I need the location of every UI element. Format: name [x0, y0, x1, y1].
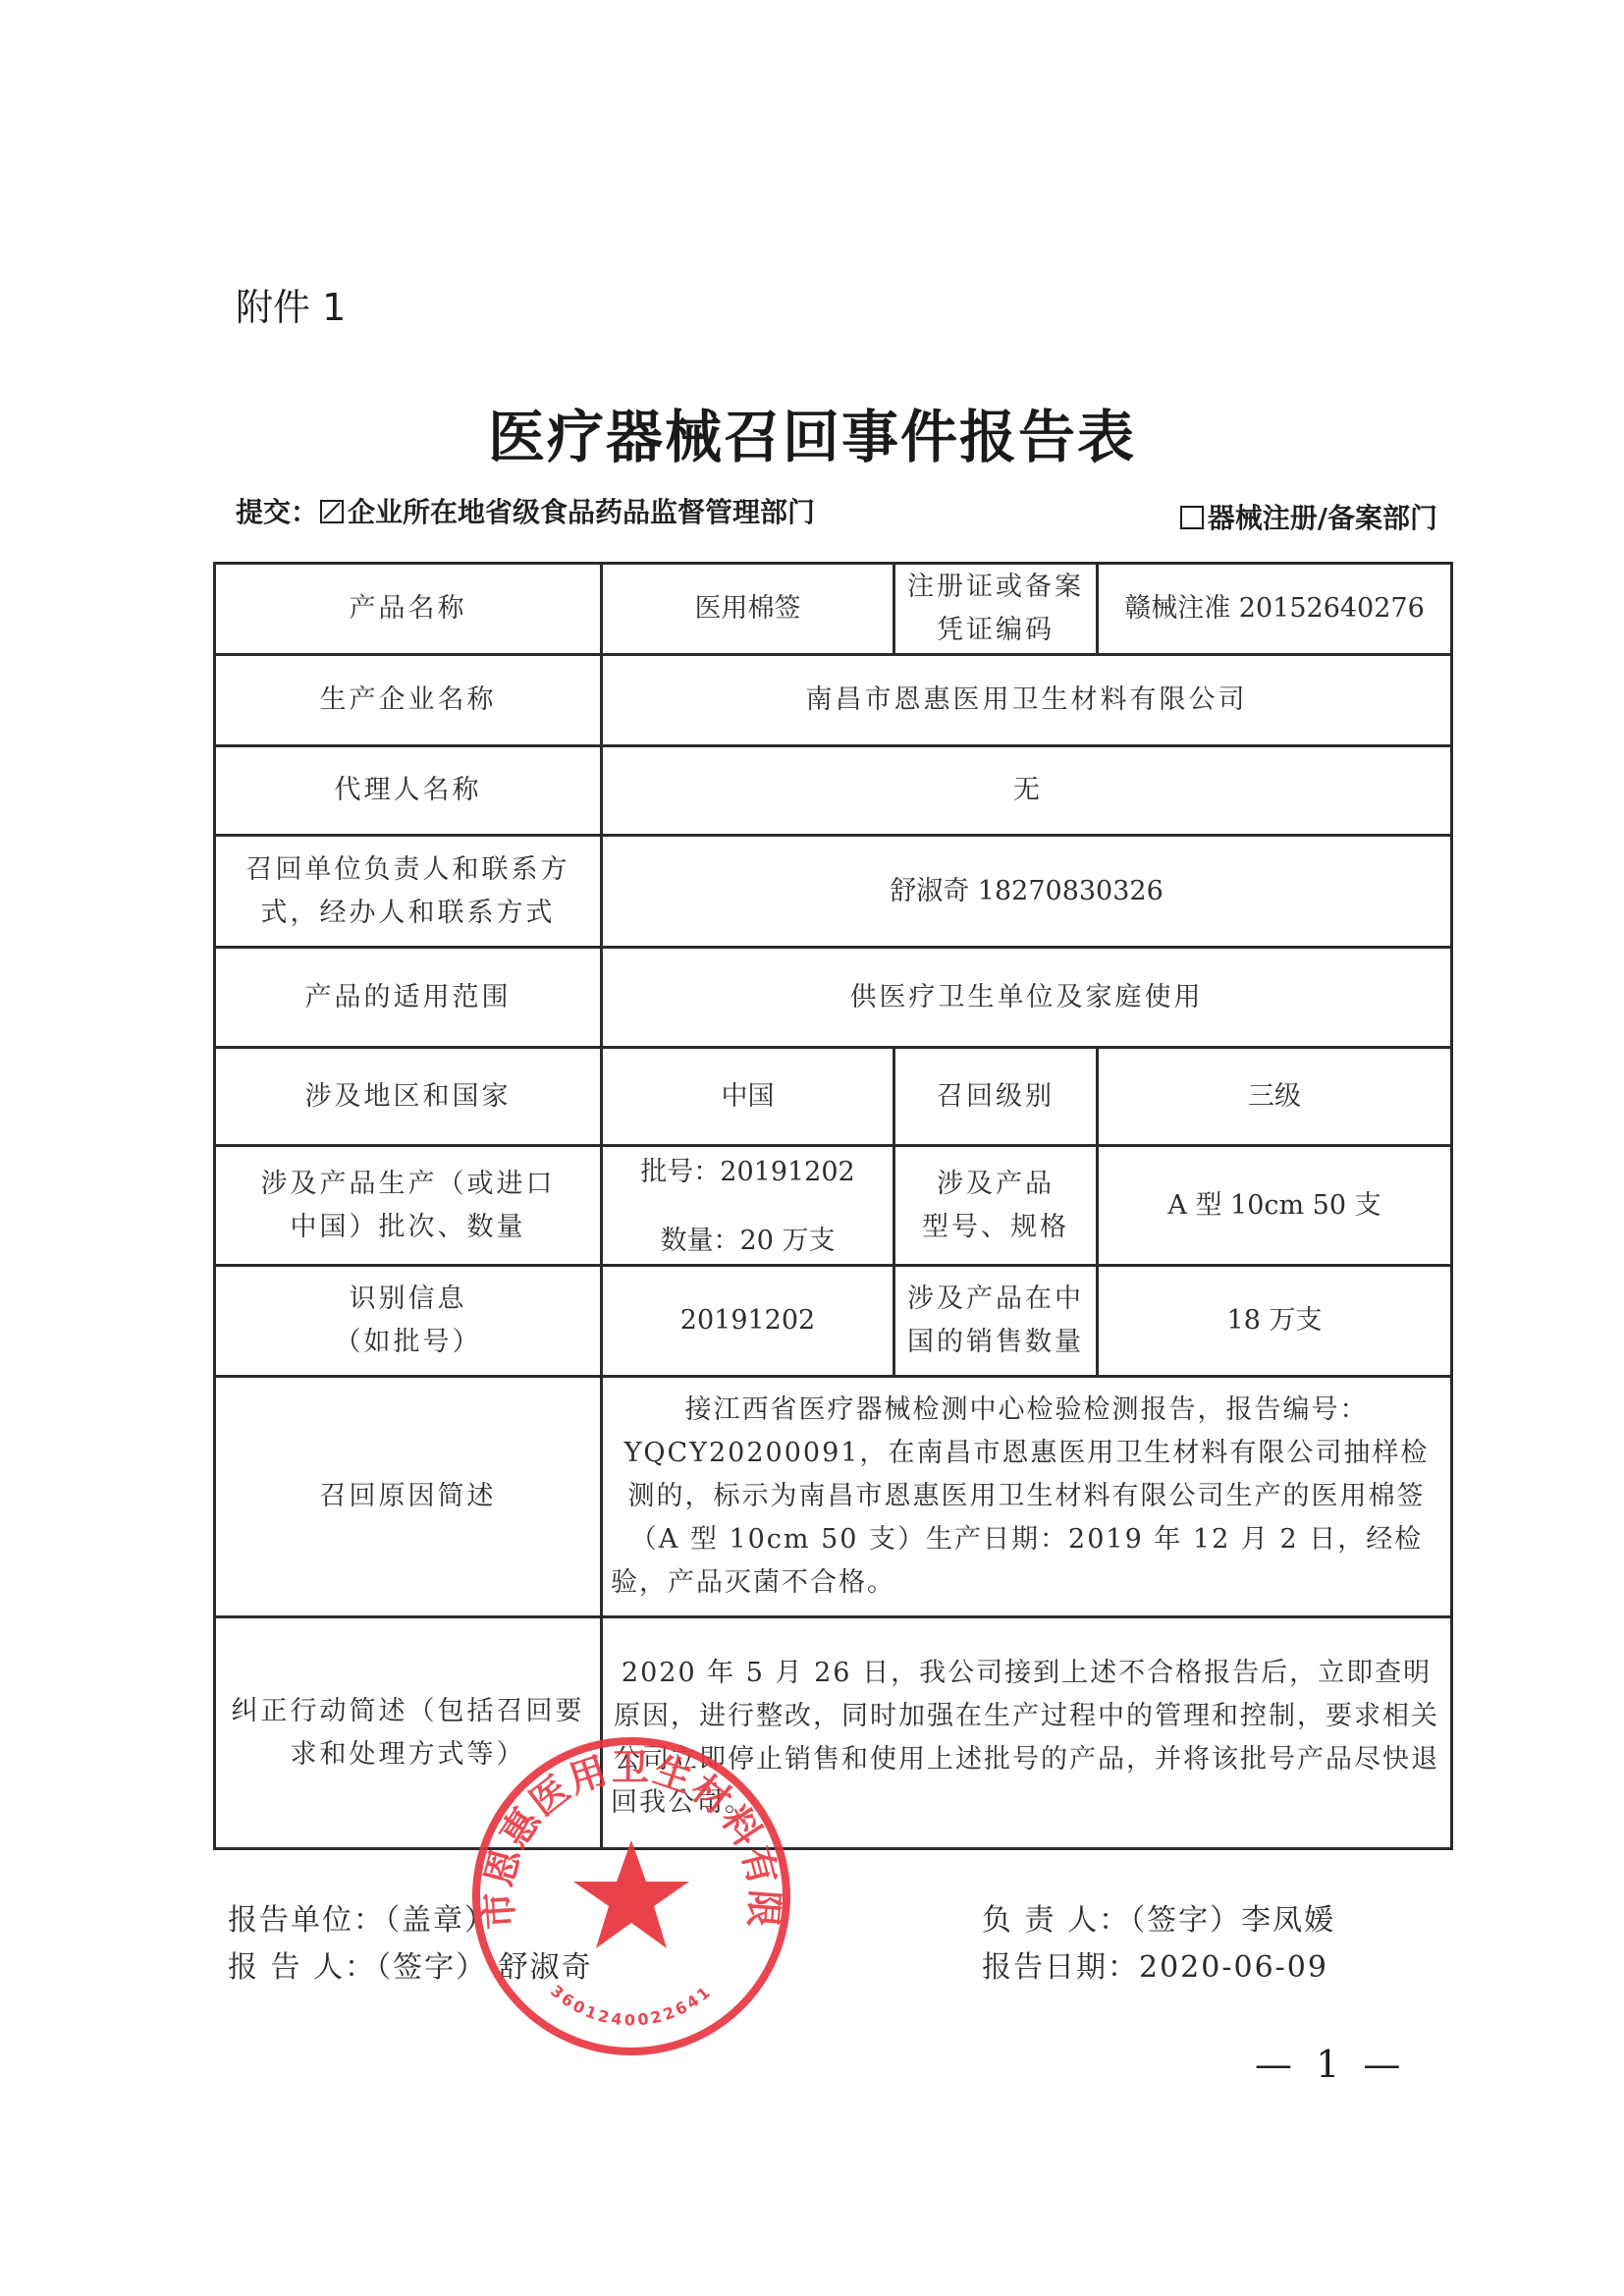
- table-row: 涉及产品生产（或进口中国）批次、数量 批号：20191202 数量：20 万支 …: [215, 1146, 1452, 1266]
- model-value: A 型 10cm 50 支: [1098, 1146, 1452, 1266]
- report-unit: 报告单位：（盖章）: [228, 1895, 496, 1939]
- corrective-action-value: 2020 年 5 月 26 日，我公司接到上述不合格报告后，立即查明原因，进行整…: [602, 1617, 1452, 1849]
- table-row: 召回单位负责人和联系方式，经办人和联系方式 舒淑奇 18270830326: [215, 836, 1452, 948]
- corrective-action-label: 纠正行动简述（包括召回要求和处理方式等）: [215, 1617, 602, 1849]
- product-name-label: 产品名称: [215, 564, 602, 655]
- batch-quantity: 数量：20 万支: [611, 1220, 885, 1263]
- submit-registration: 器械注册/备案部门: [1178, 497, 1437, 536]
- svg-text:3601240022641: 3601240022641: [547, 1982, 716, 2030]
- checkbox-checked-icon[interactable]: [320, 500, 344, 523]
- checkbox-empty-icon[interactable]: [1180, 506, 1204, 529]
- table-row: 识别信息（如批号） 20191202 涉及产品在中国的销售数量 18 万支: [215, 1266, 1452, 1377]
- submit-provincial: 提交：企业所在地省级食品药品监督管理部门: [236, 491, 815, 530]
- model-label: 涉及产品型号、规格: [894, 1146, 1098, 1266]
- table-row: 产品的适用范围 供医疗卫生单位及家庭使用: [215, 948, 1452, 1048]
- agent-value: 无: [602, 746, 1452, 836]
- page-title: 医疗器械召回事件报告表: [0, 391, 1624, 473]
- contact-label: 召回单位负责人和联系方式，经办人和联系方式: [215, 836, 602, 948]
- manufacturer-value: 南昌市恩惠医用卫生材料有限公司: [602, 655, 1452, 746]
- report-date: 报告日期：2020-06-09: [982, 1942, 1328, 1986]
- recall-level-label: 召回级别: [894, 1048, 1098, 1146]
- contact-value: 舒淑奇 18270830326: [602, 836, 1452, 948]
- batch-value: 批号：20191202 数量：20 万支: [602, 1146, 894, 1266]
- seal-code-text: 3601240022641: [547, 1982, 716, 2030]
- region-value: 中国: [602, 1048, 894, 1146]
- manufacturer-label: 生产企业名称: [215, 655, 602, 746]
- recall-reason-label: 召回原因简述: [215, 1377, 602, 1617]
- region-label: 涉及地区和国家: [215, 1048, 602, 1146]
- table-row: 涉及地区和国家 中国 召回级别 三级: [215, 1048, 1452, 1146]
- reporter: 报 告 人：（签字） 舒淑奇: [228, 1942, 593, 1986]
- submit-registration-label: 器械注册/备案部门: [1208, 502, 1437, 534]
- registration-no-label: 注册证或备案凭证编码: [894, 564, 1098, 655]
- table-row: 代理人名称 无: [215, 746, 1452, 836]
- table-row: 召回原因简述 接江西省医疗器械检测中心检验检测报告，报告编号：YQCY20200…: [215, 1377, 1452, 1617]
- identification-value: 20191202: [602, 1266, 894, 1377]
- product-name-value: 医用棉签: [602, 564, 894, 655]
- table-row: 纠正行动简述（包括召回要求和处理方式等） 2020 年 5 月 26 日，我公司…: [215, 1617, 1452, 1849]
- responsible-person: 负 责 人：（签字）李凤媛: [982, 1895, 1335, 1939]
- batch-label: 涉及产品生产（或进口中国）批次、数量: [215, 1146, 602, 1266]
- batch-number: 批号：20191202: [611, 1151, 885, 1194]
- table-row: 生产企业名称 南昌市恩惠医用卫生材料有限公司: [215, 655, 1452, 746]
- agent-label: 代理人名称: [215, 746, 602, 836]
- submit-prefix: 提交：: [236, 496, 318, 528]
- recall-report-table: 产品名称 医用棉签 注册证或备案凭证编码 赣械注准 20152640276 生产…: [213, 562, 1453, 1850]
- sales-label: 涉及产品在中国的销售数量: [894, 1266, 1098, 1377]
- identification-label: 识别信息（如批号）: [215, 1266, 602, 1377]
- submit-provincial-label: 企业所在地省级食品药品监督管理部门: [348, 496, 815, 528]
- submit-options: 提交：企业所在地省级食品药品监督管理部门 器械注册/备案部门: [236, 491, 1437, 530]
- recall-level-value: 三级: [1098, 1048, 1452, 1146]
- scope-value: 供医疗卫生单位及家庭使用: [602, 948, 1452, 1048]
- recall-reason-value: 接江西省医疗器械检测中心检验检测报告，报告编号：YQCY20200091，在南昌…: [602, 1377, 1452, 1617]
- attachment-label: 附件 1: [236, 277, 346, 331]
- registration-no-value: 赣械注准 20152640276: [1098, 564, 1452, 655]
- sales-value: 18 万支: [1098, 1266, 1452, 1377]
- scope-label: 产品的适用范围: [215, 948, 602, 1048]
- table-row: 产品名称 医用棉签 注册证或备案凭证编码 赣械注准 20152640276: [215, 564, 1452, 655]
- page-number: — 1 —: [1255, 2043, 1406, 2086]
